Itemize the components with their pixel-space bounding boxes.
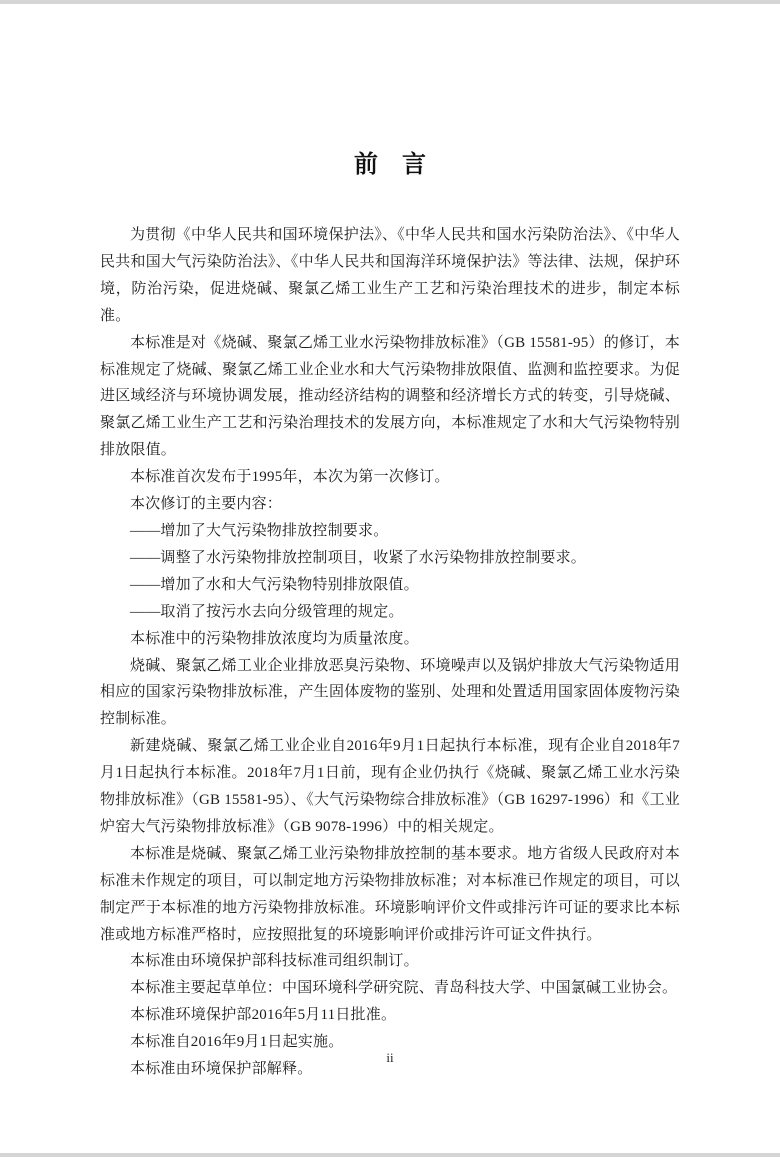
revision-item-special-limits: ——增加了水和大气污染物特别排放限值。 [100,572,680,599]
page-number: ii [0,1050,780,1066]
paragraph-approval-date: 本标准环境保护部2016年5月11日批准。 [100,1002,680,1029]
document-body: 为贯彻《中华人民共和国环境保护法》、《中华人民共和国水污染防治法》、《中华人民共… [100,222,680,1083]
page-edge-top-divider [0,0,780,4]
paragraph-drafting-units: 本标准主要起草单位：中国环境科学研究院、青岛科技大学、中国氯碱工业协会。 [100,975,680,1002]
paragraph-other-standards: 烧碱、聚氯乙烯工业企业排放恶臭污染物、环境噪声以及锅炉排放大气污染物适用相应的国… [100,653,680,734]
paragraph-implementation-dates: 新建烧碱、聚氯乙烯工业企业自2016年9月1日起执行本标准，现有企业自2018年… [100,733,680,841]
page-title: 前 言 [0,150,780,180]
revision-item-cancel-grading: ——取消了按污水去向分级管理的规定。 [100,599,680,626]
paragraph-purpose: 为贯彻《中华人民共和国环境保护法》、《中华人民共和国水污染防治法》、《中华人民共… [100,222,680,330]
paragraph-first-issue: 本标准首次发布于1995年，本次为第一次修订。 [100,464,680,491]
page-edge-bottom-divider [0,1153,780,1157]
revision-item-water-control: ——调整了水污染物排放控制项目，收紧了水污染物排放控制要求。 [100,545,680,572]
paragraph-concentration-note: 本标准中的污染物排放浓度均为质量浓度。 [100,626,680,653]
paragraph-revision-scope: 本标准是对《烧碱、聚氯乙烯工业水污染物排放标准》（GB 15581-95）的修订… [100,330,680,465]
paragraph-organizer: 本标准由环境保护部科技标准司组织制订。 [100,948,680,975]
document-page: 前 言 为贯彻《中华人民共和国环境保护法》、《中华人民共和国水污染防治法》、《中… [0,0,780,1157]
revision-item-air-control: ——增加了大气污染物排放控制要求。 [100,518,680,545]
paragraph-revision-heading: 本次修订的主要内容： [100,491,680,518]
paragraph-local-standards: 本标准是烧碱、聚氯乙烯工业污染物排放控制的基本要求。地方省级人民政府对本标准未作… [100,841,680,949]
